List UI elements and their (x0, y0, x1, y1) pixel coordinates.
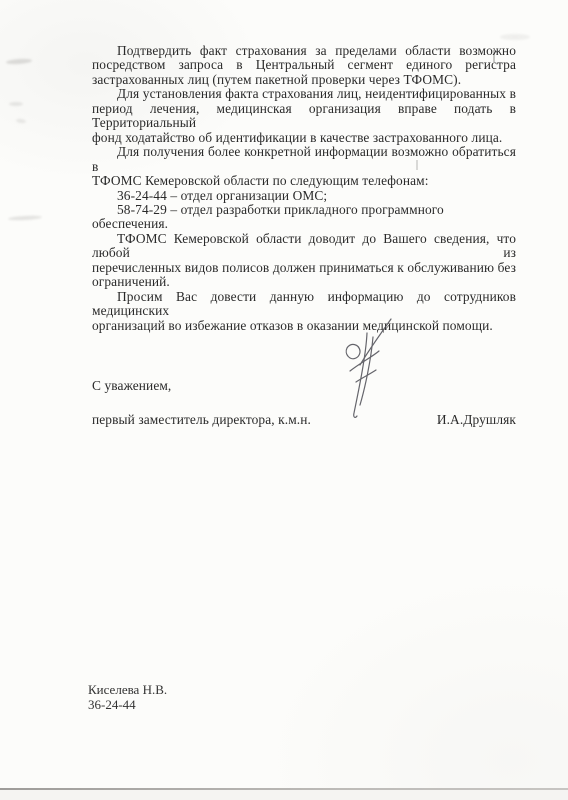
paragraph-line: Просим Вас довести данную информацию до … (92, 290, 516, 319)
paragraph-line: Для установления факта страхования лиц, … (92, 87, 516, 101)
paragraph-line: фонд ходатайство об идентификации в каче… (92, 131, 516, 145)
paragraph-line: посредством запроса в Центральный сегмен… (92, 58, 516, 72)
executor-block: Киселева Н.В. 36-24-44 (88, 682, 167, 712)
signer-role: первый заместитель директора, к.м.н. (92, 413, 311, 427)
signature-row: первый заместитель директора, к.м.н. И.А… (92, 413, 516, 427)
scan-smudge (16, 118, 26, 123)
scan-smudge (9, 102, 23, 106)
paragraph-line: ограничений. (92, 275, 516, 289)
paragraph-line: ТФОМС Кемеровской области доводит до Ваш… (92, 232, 516, 261)
executor-name: Киселева Н.В. (88, 682, 167, 697)
executor-phone: 36-24-44 (88, 697, 167, 712)
scan-edge-below (0, 790, 568, 800)
phone-line-software: 58-74-29 – отдел разработки прикладного … (92, 203, 516, 232)
phone-line-oms: 36-24-44 – отдел организации ОМС; (92, 189, 516, 203)
scan-smudge (6, 58, 32, 65)
scanned-letter-page: Подтвердить факт страхования за пределам… (0, 0, 568, 800)
closing-salutation: С уважением, (92, 379, 516, 393)
paragraph-line: Для получения более конкретной информаци… (92, 145, 516, 174)
letter-body: Подтвердить факт страхования за пределам… (92, 44, 516, 427)
paragraph-line: ТФОМС Кемеровской области по следующим т… (92, 174, 516, 188)
scan-smudge (500, 34, 530, 40)
paragraph-line: застрахованных лиц (путем пакетной прове… (92, 73, 516, 87)
paragraph-line: перечисленных видов полисов должен прини… (92, 261, 516, 275)
scan-smudge (8, 215, 42, 221)
signature-scribble (320, 312, 400, 430)
paragraph-line: Подтвердить факт страхования за пределам… (92, 44, 516, 58)
signer-name: И.А.Друшляк (437, 413, 516, 427)
paragraph-line: организаций во избежание отказов в оказа… (92, 319, 516, 333)
paragraph-line: период лечения, медицинская организация … (92, 102, 516, 131)
